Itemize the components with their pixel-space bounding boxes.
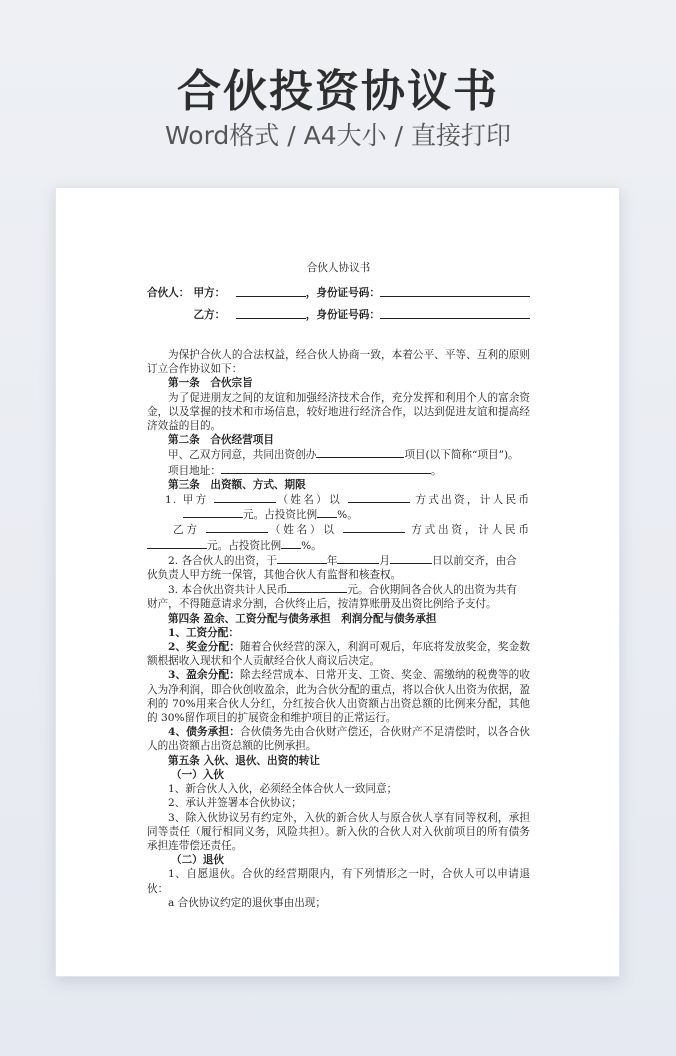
party-a-method-field[interactable]	[348, 492, 410, 503]
item3-tail: 元。合伙期间各合伙人的出资为共有	[347, 584, 517, 596]
article5-sub1-item1: 1、新合伙人入伙，必须经全体合伙人一致同意；	[147, 782, 530, 796]
article3-item1b-line1: 乙方 （姓名）以 方式出资，计人民币	[147, 522, 530, 537]
item1b-amount-text: 元。占投资比例	[207, 540, 281, 552]
article2-line1-tail: 项目(以下简称“项目”)。	[404, 449, 518, 461]
article4-item1: 1、工资分配：	[147, 626, 530, 640]
party-b-name-field[interactable]	[206, 522, 268, 533]
party-b-amount-field[interactable]	[147, 538, 207, 549]
banner-subtitle: Word格式 / A4大小 / 直接打印	[0, 120, 676, 152]
intro-paragraph: 为保护合伙人的合法权益，经合伙人协商一致，本着公平、平等、互利的原则订立合作协议…	[147, 348, 530, 376]
article4-item3: 3、盈余分配：除去经营成本、日常开支、工资、奖金、需缴纳的税费等的收入为净利润，…	[147, 668, 530, 725]
spacer	[147, 322, 530, 348]
article3-item1-line1: 1. 甲方 （姓名）以 方式出资，计人民币	[147, 492, 530, 507]
article5-sub1-item3: 3、除入伙协议另有约定外，入伙的新合伙人与原合伙人享有同等权利，承担同等责任（履…	[147, 811, 530, 854]
item1b-name-text: （姓名）以	[268, 524, 337, 536]
party-b-row: 乙方： ，身份证号码：	[147, 300, 530, 322]
party-a-percent-field[interactable]	[317, 507, 337, 518]
article3-item3-line1: 3. 本合伙出资共计人民币元。合伙期间各合伙人的出资为共有	[147, 582, 530, 597]
article3-item3-line2: 财产，不得随意请求分割，合伙终止后，按清算账册及出资比例给予支付。	[147, 597, 530, 611]
party-b-method-field[interactable]	[343, 522, 405, 533]
article5-sub2: （二）退伙	[147, 853, 530, 867]
party-b-label: 乙方：	[193, 308, 236, 322]
document-body: 合伙人协议书 合伙人： 甲方： ，身份证号码： 乙方： ，身份证号码： 为保护合…	[147, 259, 530, 910]
item1b-method-text: 方式出资，计人民币	[411, 524, 530, 536]
year-label: 年	[327, 555, 338, 567]
surplus-distribution-label: 3、盈余分配：	[168, 669, 240, 681]
article5-sub1: （一）入伙	[147, 768, 530, 782]
party-b-percent-field[interactable]	[281, 538, 301, 549]
article2-line1: 甲、乙双方同意，共同出资创办项目(以下简称“项目”)。	[147, 447, 530, 462]
day-label: 日以前交齐，由合	[432, 555, 517, 567]
item3-text: 3. 本合伙出资共计人民币	[168, 584, 287, 596]
partners-label: 合伙人：	[147, 286, 193, 300]
party-a-name-field[interactable]	[214, 492, 276, 503]
project-address-label: 项目地址：	[168, 465, 221, 477]
item1-name-text: （姓名）以	[276, 494, 342, 506]
article1-heading: 第一条 合伙宗旨	[147, 376, 530, 390]
total-amount-field[interactable]	[287, 582, 347, 593]
article2-line2-tail: 。	[431, 465, 442, 477]
article2-line2: 项目地址：。	[147, 463, 530, 478]
party-a-amount-field[interactable]	[183, 507, 243, 518]
project-name-blank[interactable]	[316, 447, 404, 458]
article3-item1b-line2: 元。占投资比例%。	[147, 538, 530, 553]
article5-sub2-item-a: a 合伙协议约定的退伙事由出现；	[147, 896, 530, 910]
article1-body: 为了促进朋友之间的友谊和加强经济技术合作，充分发挥和利用个人的富余资金，以及掌握…	[147, 391, 530, 434]
item1-party-a: 1. 甲方	[165, 494, 209, 506]
party-b-id-blank[interactable]	[380, 308, 530, 319]
percent-sign: %。	[337, 509, 358, 521]
article3-item2-line2: 伙负责人甲方统一保管，其他合伙人有监督和核查权。	[147, 568, 530, 582]
item1-method-text: 方式出资，计人民币	[415, 494, 530, 506]
party-b-name-blank[interactable]	[236, 308, 306, 319]
party-a-id-label: ，身份证号码：	[306, 286, 380, 300]
banner-title: 合伙投资协议书	[0, 66, 676, 118]
article5-heading: 第五条 入伙、退伙、出资的转让	[147, 754, 530, 768]
article2-line1-text: 甲、乙双方同意，共同出资创办	[168, 449, 316, 461]
article4-heading: 第四条 盈余、工资分配与债务承担 利润分配与债务承担	[147, 612, 530, 626]
percent-sign-b: %。	[301, 540, 322, 552]
month-label: 月	[379, 555, 390, 567]
document-title: 合伙人协议书	[147, 259, 530, 277]
article2-heading: 第二条 合伙经营项目	[147, 433, 530, 447]
item1-amount-text: 元。占投资比例	[243, 509, 317, 521]
item1-party-b: 乙方	[173, 524, 200, 536]
project-address-blank[interactable]	[221, 463, 431, 474]
party-a-row: 合伙人： 甲方： ，身份证号码：	[147, 278, 530, 300]
article3-item1-line2: 元。占投资比例%。	[147, 507, 530, 522]
day-field[interactable]	[390, 553, 432, 564]
article3-heading: 第三条 出资额、方式、期限	[147, 478, 530, 492]
party-b-id-label: ，身份证号码：	[306, 308, 380, 322]
article4-item2: 2、奖金分配：随着合伙经营的深入，利润可观后，年底将发放奖金，奖金数额根据收入现…	[147, 640, 530, 668]
article4-item4: 4、债务承担：合伙债务先由合伙财产偿还，合伙财产不足清偿时，以各合伙人的出资额占…	[147, 725, 530, 753]
party-a-name-blank[interactable]	[236, 286, 306, 297]
party-a-label: 甲方：	[193, 286, 236, 300]
article3-item2-line1: 2. 各合伙人的出资，于年月日以前交齐，由合	[147, 553, 530, 568]
item2-text: 2. 各合伙人的出资，于	[168, 555, 277, 567]
article5-sub2-item1: 1、自愿退伙。合伙的经营期限内，有下列情形之一时，合伙人可以申请退伙：	[147, 867, 530, 895]
debt-bearing-label: 4、债务承担：	[168, 726, 240, 738]
article5-sub1-item2: 2、承认并签署本合伙协议；	[147, 796, 530, 810]
bonus-distribution-label: 2、奖金分配：	[168, 641, 240, 653]
month-field[interactable]	[337, 553, 379, 564]
party-a-id-blank[interactable]	[380, 286, 530, 297]
wage-distribution-label: 1、工资分配：	[168, 627, 239, 639]
year-field[interactable]	[277, 553, 327, 564]
